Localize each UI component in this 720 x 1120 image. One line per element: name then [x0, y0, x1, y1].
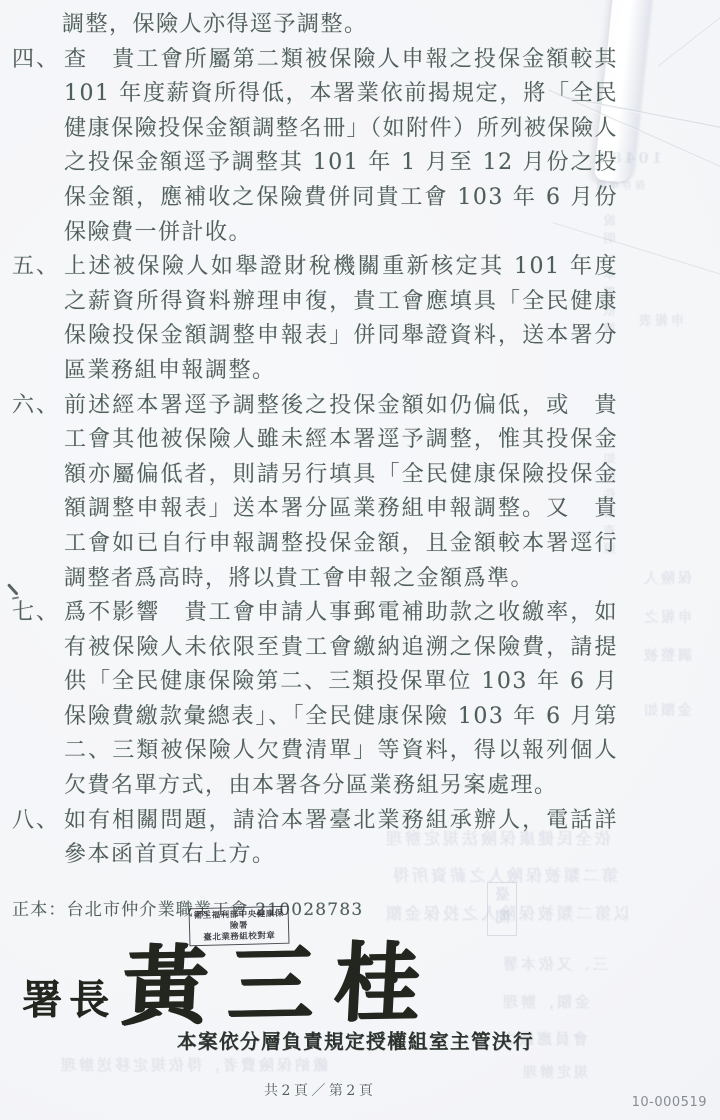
clause-number: 七、 — [12, 596, 64, 804]
scanned-letter-page: 10484 保存年限 說明一本署依據 如附件請查照 申報表 保險人 申報之 調整… — [0, 0, 720, 1120]
page-number: 共2頁／第2頁 — [264, 1080, 376, 1100]
clause-text: 前述經本署逕予調整後之投保金額如仍偏低，或 貴工會其他被保險人雖未經本署逕予調整… — [64, 389, 618, 597]
clause-text: 如有相關問題，請洽本署臺北業務組承辦人，電話詳參本函首頁右上方。 — [64, 804, 618, 873]
clause-6: 六、 前述經本署逕予調整後之投保金額如仍偏低，或 貴工會其他被保險人雖未經本署逕… — [12, 389, 618, 597]
clause-number: 五、 — [12, 250, 64, 388]
paper-crease — [658, 0, 720, 67]
clause-number: 八、 — [12, 804, 64, 873]
clause-5: 五、 上述被保險人如舉證財稅機關重新核定其 101 年度之薪資所得資料辦理申復，… — [12, 250, 618, 388]
stamp-line1: 衛生福利部中央健康保險署 — [192, 909, 287, 934]
clause-8: 八、 如有相關問題，請洽本署臺北業務組承辦人，電話詳參本函首頁右上方。 — [12, 804, 618, 873]
bleed-through-text: 調整被 — [641, 645, 692, 665]
clause-text: 查 貴工會所屬第二類被保險人申報之投保金額較其 101 年度薪資所得低，本署業依… — [64, 43, 618, 251]
authorization-line: 本案依分層負責規定授權組室主管決行 — [177, 1026, 534, 1054]
bleed-through-text: 金額，辦理 — [500, 991, 590, 1012]
clause-4: 四、 查 貴工會所屬第二類被保險人申報之投保金額較其 101 年度薪資所得低，本… — [12, 43, 618, 251]
signature-block: 署長 黃三桂 — [22, 938, 440, 1033]
document-code: 10-000519 — [632, 1095, 707, 1110]
signature-name: 黃三桂 — [120, 935, 443, 1035]
signature-title: 署長 — [22, 968, 116, 1025]
bleed-through-text: 保險人 — [641, 568, 692, 588]
letter-body: 調整，保險人亦得逕予調整。 四、 查 貴工會所屬第二類被保險人申報之投保金額較其… — [12, 8, 618, 927]
clause-text: 上述被保險人如舉證財稅機關重新核定其 101 年度之薪資所得資料辦理申復，貴工會… — [64, 250, 618, 388]
paragraph-continuation: 調整，保險人亦得逕予調整。 — [62, 8, 618, 43]
bleed-through-text: 申報表 — [636, 310, 684, 329]
recipient-line: 正本：台北市仲介業職業工會 210028783 — [12, 893, 618, 928]
clause-7: 七、 爲不影響 貴工會申請人事郵電補助款之收繳率，如有被保險人未依限至貴工會繳納… — [12, 596, 618, 804]
bleed-through-text: 三、又依本署 — [500, 953, 608, 974]
bleed-through-text: 申報之 — [641, 607, 692, 627]
clause-text: 爲不影響 貴工會申請人事郵電補助款之收繳率，如有被保險人未依限至貴工會繳納追溯之… — [64, 596, 618, 804]
bleed-through-text: 金額如 — [641, 700, 692, 720]
clause-number: 四、 — [12, 43, 64, 251]
clause-number: 六、 — [12, 389, 64, 597]
bleed-through-text: 繳納保險費者，得依規定移送辦理 — [58, 1054, 328, 1075]
bleed-through-text: 規定辦理 — [520, 1062, 588, 1082]
